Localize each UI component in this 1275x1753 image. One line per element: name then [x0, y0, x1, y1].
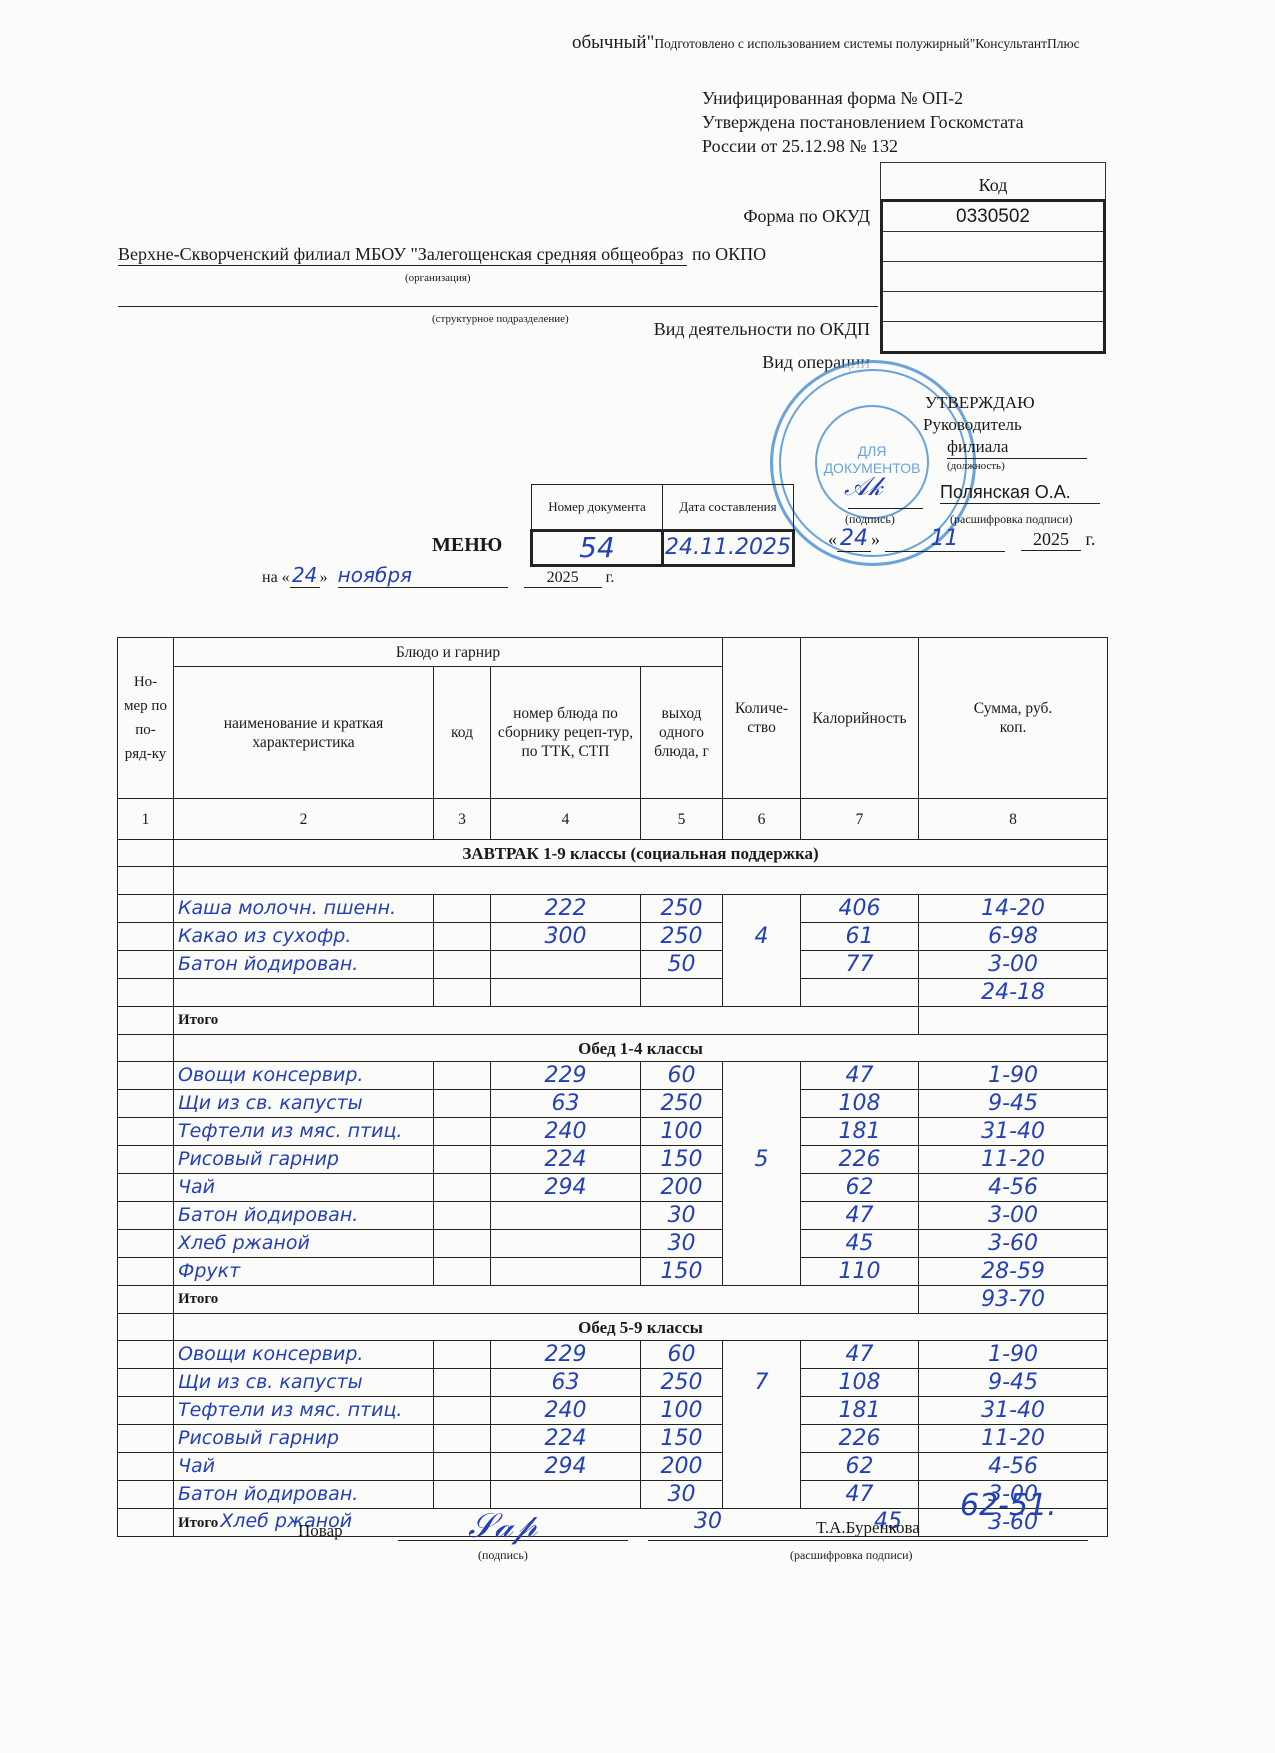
document-number-table: Номер документа Дата составления 54 24.1… — [530, 484, 795, 567]
dish-sum: 9-45 — [919, 1369, 1108, 1397]
col-number: 1 — [118, 799, 174, 840]
cook-signature-caption: (подпись) — [478, 1548, 528, 1563]
calories: 406 — [801, 895, 919, 923]
num-cell — [118, 1314, 174, 1341]
organization-line: Верхне-Скворченский филиал МБОУ "Залегощ… — [118, 244, 778, 266]
dish-yield: 100 — [641, 1118, 723, 1146]
recipe-number: 229 — [491, 1062, 641, 1090]
table-row: Батон йодирован.50773-00 — [118, 951, 1108, 979]
dish-name: Рисовый гарнир — [174, 1146, 434, 1174]
recipe-number: 63 — [491, 1090, 641, 1118]
dish-yield: 100 — [641, 1397, 723, 1425]
dish-name: Овощи консервир. — [174, 1062, 434, 1090]
recipe-number: 224 — [491, 1146, 641, 1174]
total-sum — [919, 1007, 1108, 1035]
organization-name: Верхне-Скворченский филиал МБОУ "Залегощ… — [118, 244, 687, 266]
total-row: Итого — [118, 1007, 1108, 1035]
quantity — [723, 1202, 801, 1230]
quantity — [723, 895, 801, 923]
section-title: Обед 1-4 классы — [174, 1035, 1108, 1062]
quantity — [723, 1118, 801, 1146]
recipe-number: 294 — [491, 1453, 641, 1481]
form-line: Утверждена постановлением Госкомстата — [702, 110, 1024, 134]
dish-name: Хлеб ржаной — [174, 1230, 434, 1258]
dish-code — [434, 1174, 491, 1202]
dish-name: Чай — [174, 1174, 434, 1202]
dish-code — [434, 1481, 491, 1509]
dish-code — [434, 1453, 491, 1481]
recipe-number — [491, 1230, 641, 1258]
menu-body: ЗАВТРАК 1-9 классы (социальная поддержка… — [118, 840, 1108, 1537]
num-cell — [118, 1090, 174, 1118]
approve-date: «24» 11 2025 г. — [828, 526, 1095, 552]
recipe-number: 294 — [491, 1174, 641, 1202]
dish-sum: 1-90 — [919, 1341, 1108, 1369]
calories: 77 — [801, 951, 919, 979]
dish-sum: 3-00 — [919, 1202, 1108, 1230]
num-cell — [118, 1341, 174, 1369]
cook-signature-line: 𝒮𝒶𝓅 — [398, 1540, 628, 1541]
num-cell — [118, 1230, 174, 1258]
dish-sum: 24-18 — [919, 979, 1108, 1007]
code-box: Код 0330502 — [880, 162, 1106, 354]
approve-block: УТВЕРЖДАЮ Руководитель филиала (должност… — [925, 392, 1087, 473]
section-row: Обед 5-9 классы — [118, 1314, 1108, 1341]
dish-name: Фрукт — [174, 1258, 434, 1286]
calories: 110 — [801, 1258, 919, 1286]
extra-code — [883, 262, 1103, 292]
num-cell — [118, 1202, 174, 1230]
calories: 108 — [801, 1090, 919, 1118]
quantity — [723, 1341, 801, 1369]
dish-code — [434, 979, 491, 1007]
dish-yield: 200 — [641, 1453, 723, 1481]
dish-code — [434, 1118, 491, 1146]
menu-year-suffix: г. — [606, 569, 615, 586]
menu-month: ноября — [338, 563, 508, 588]
dish-name — [174, 979, 434, 1007]
recipe-number — [491, 1202, 641, 1230]
col-head-code: код — [434, 667, 491, 799]
col-head-dish-group: Блюдо и гарнир — [174, 638, 723, 667]
recipe-number: 240 — [491, 1397, 641, 1425]
table-row: Хлеб ржаной30453-60 — [118, 1230, 1108, 1258]
on-prefix: на « — [262, 569, 290, 586]
calories — [801, 979, 919, 1007]
consultant-note: обычный"Подготовлено с использованием си… — [572, 32, 1080, 54]
recipe-number: 63 — [491, 1369, 641, 1397]
approve-name-caption: (расшифровка подписи) — [950, 512, 1073, 527]
calories: 62 — [801, 1174, 919, 1202]
calories: 47 — [801, 1062, 919, 1090]
quantity — [723, 1230, 801, 1258]
okud-label: Форма по ОКУД — [743, 206, 870, 227]
approve-position: Руководитель — [923, 414, 1087, 436]
menu-title: МЕНЮ — [432, 534, 502, 557]
okpo-label: по ОКПО — [692, 244, 766, 264]
num-cell — [118, 1174, 174, 1202]
dish-name: Тефтели из мяс. птиц. — [174, 1118, 434, 1146]
total-label-text: Итого — [178, 1012, 218, 1028]
dish-yield — [641, 979, 723, 1007]
dish-code — [434, 1425, 491, 1453]
section-title: Обед 5-9 классы — [174, 1314, 1108, 1341]
dish-sum: 31-40 — [919, 1118, 1108, 1146]
calories: 62 — [801, 1453, 919, 1481]
doc-number: 54 — [532, 531, 663, 566]
calories: 45 — [801, 1230, 919, 1258]
dish-sum: 31-40 — [919, 1397, 1108, 1425]
dish-name: Каша молочн. пшенн. — [174, 895, 434, 923]
table-row: Батон йодирован.30473-00 — [118, 1202, 1108, 1230]
col-number: 3 — [434, 799, 491, 840]
okdp-code — [883, 292, 1103, 322]
col-head-sum: Сумма, руб. коп. — [919, 638, 1108, 799]
num-cell — [118, 1062, 174, 1090]
okdp-label: Вид деятельности по ОКДП — [654, 319, 870, 340]
dish-sum: 1-90 — [919, 1062, 1108, 1090]
menu-date: на «24» ноября 2025 г. — [262, 563, 614, 588]
operation-code — [883, 322, 1103, 351]
dish-sum: 28-59 — [919, 1258, 1108, 1286]
doc-date: 24.11.2025 — [663, 531, 794, 566]
dish-sum: 3-00 — [919, 951, 1108, 979]
dish-sum: 9-45 — [919, 1090, 1108, 1118]
dish-code — [434, 1369, 491, 1397]
calories: 226 — [801, 1146, 919, 1174]
organization-caption: (организация) — [405, 272, 471, 284]
calories: 47 — [801, 1341, 919, 1369]
section-title: ЗАВТРАК 1-9 классы (социальная поддержка… — [174, 840, 1108, 867]
dish-name: Батон йодирован. — [174, 951, 434, 979]
dish-yield: 30 — [641, 1481, 723, 1509]
approve-day: 24 — [837, 526, 871, 552]
struct-line — [118, 306, 878, 307]
total-sum: 93-70 — [919, 1286, 1108, 1314]
calories: 226 — [801, 1425, 919, 1453]
col-head-name: наименование и краткая характеристика — [174, 667, 434, 799]
quantity — [723, 1425, 801, 1453]
quantity — [723, 1174, 801, 1202]
on-mid: » — [320, 569, 328, 586]
quantity: 7 — [723, 1369, 801, 1397]
doc-number-head: Номер документа — [532, 485, 663, 531]
num-cell — [118, 1369, 174, 1397]
col-head-qty: Количе-ство — [723, 638, 801, 799]
recipe-number: 222 — [491, 895, 641, 923]
quantity: 5 — [723, 1146, 801, 1174]
col-head-recipe: номер блюда по сборнику рецеп-тур, по ТТ… — [491, 667, 641, 799]
table-row: Чай294200624-56 — [118, 1453, 1108, 1481]
col-number: 4 — [491, 799, 641, 840]
menu-table: Но-мер по по-ряд-ку Блюдо и гарнир Колич… — [117, 637, 1108, 1537]
dish-name: Чай — [174, 1453, 434, 1481]
year-suffix: г. — [1086, 529, 1096, 549]
total-label-text: Итого — [178, 1291, 218, 1307]
total-label: Итого — [174, 1007, 919, 1035]
num-cell — [118, 1286, 174, 1314]
calories: 47 — [801, 1481, 919, 1509]
dish-code — [434, 895, 491, 923]
dish-sum: 14-20 — [919, 895, 1108, 923]
num-cell — [118, 1509, 174, 1537]
recipe-number — [491, 951, 641, 979]
dish-sum: 6-98 — [919, 923, 1108, 951]
dish-name: Рисовый гарнир — [174, 1425, 434, 1453]
section-row: Обед 1-4 классы — [118, 1035, 1108, 1062]
approve-title: УТВЕРЖДАЮ — [925, 392, 1087, 414]
dish-yield: 250 — [641, 1369, 723, 1397]
table-row: Тефтели из мяс. птиц.24010018131-40 — [118, 1397, 1108, 1425]
dish-sum: 4-56 — [919, 1174, 1108, 1202]
okud-code: 0330502 — [883, 202, 1103, 232]
dish-yield: 60 — [641, 1062, 723, 1090]
total-row: Итого93-70 — [118, 1286, 1108, 1314]
table-row: Щи из св. капусты6325071089-45 — [118, 1369, 1108, 1397]
form-line: Унифицированная форма № ОП-2 — [702, 86, 1024, 110]
col-number: 5 — [641, 799, 723, 840]
col-number: 7 — [801, 799, 919, 840]
dish-code — [434, 1146, 491, 1174]
recipe-number: 240 — [491, 1118, 641, 1146]
table-row: Рисовый гарнир22415022611-20 — [118, 1425, 1108, 1453]
num-cell — [118, 840, 174, 867]
blank-cell — [174, 867, 1108, 895]
dish-name: Щи из св. капусты — [174, 1369, 434, 1397]
dish-name: Тефтели из мяс. птиц. — [174, 1397, 434, 1425]
note-text: Подготовлено с использованием системы по… — [654, 36, 1079, 51]
approve-year: 2025 — [1021, 529, 1081, 551]
quantity — [723, 1258, 801, 1286]
calories: 181 — [801, 1397, 919, 1425]
quantity — [723, 979, 801, 1007]
approve-signature-line: 𝒜𝓀 — [848, 486, 923, 509]
recipe-number — [491, 1481, 641, 1509]
code-head: Код — [880, 162, 1106, 199]
approve-month: 11 — [885, 526, 1005, 552]
note-prefix: обычный" — [572, 32, 654, 53]
dish-sum: 4-56 — [919, 1453, 1108, 1481]
dish-yield: 30 — [641, 1202, 723, 1230]
dish-name: Какао из сухофр. — [174, 923, 434, 951]
table-row: Тефтели из мяс. птиц.24010018131-40 — [118, 1118, 1108, 1146]
dish-code — [434, 1341, 491, 1369]
quantity — [723, 1481, 801, 1509]
dish-yield: 250 — [641, 1090, 723, 1118]
dish-yield: 150 — [641, 1146, 723, 1174]
menu-year: 2025 — [524, 569, 602, 588]
dish-yield: 150 — [641, 1425, 723, 1453]
table-row: Фрукт15011028-59 — [118, 1258, 1108, 1286]
dish-yield: 250 — [641, 895, 723, 923]
col-head-cal: Калорийность — [801, 638, 919, 799]
table-row: Овощи консервир.22960471-90 — [118, 1062, 1108, 1090]
struct-caption: (структурное подразделение) — [432, 313, 569, 325]
dish-sum: 3-60 — [919, 1230, 1108, 1258]
quantity — [723, 1397, 801, 1425]
num-cell — [118, 1481, 174, 1509]
cook-name: Т.А.Буренкова — [648, 1518, 1088, 1541]
table-row: Какао из сухофр.3002504616-98 — [118, 923, 1108, 951]
dish-yield: 150 — [641, 1258, 723, 1286]
num-cell — [118, 1425, 174, 1453]
table-row: Чай294200624-56 — [118, 1174, 1108, 1202]
menu-day: 24 — [290, 563, 320, 588]
cook-name-caption: (расшифровка подписи) — [790, 1548, 913, 1563]
num-cell — [118, 1146, 174, 1174]
dish-code — [434, 1090, 491, 1118]
recipe-number — [491, 1258, 641, 1286]
dish-name: Батон йодирован. — [174, 1481, 434, 1509]
num-cell — [118, 951, 174, 979]
recipe-number: 224 — [491, 1425, 641, 1453]
dish-yield: 50 — [641, 951, 723, 979]
col-number: 6 — [723, 799, 801, 840]
recipe-number: 229 — [491, 1341, 641, 1369]
num-cell — [118, 1118, 174, 1146]
doc-date-head: Дата составления — [663, 485, 794, 531]
dish-yield: 60 — [641, 1341, 723, 1369]
table-row: Каша молочн. пшенн.22225040614-20 — [118, 895, 1108, 923]
spacer-row — [118, 867, 1108, 895]
table-row: Овощи консервир.22960471-90 — [118, 1341, 1108, 1369]
num-cell — [118, 1453, 174, 1481]
calories: 47 — [801, 1202, 919, 1230]
dish-name: Овощи консервир. — [174, 1341, 434, 1369]
table-row: 24-18 — [118, 979, 1108, 1007]
dish-name: Батон йодирован. — [174, 1202, 434, 1230]
section-row: ЗАВТРАК 1-9 классы (социальная поддержка… — [118, 840, 1108, 867]
approve-signature-caption: (подпись) — [845, 512, 895, 527]
dish-code — [434, 1202, 491, 1230]
total-label: Итого — [174, 1286, 919, 1314]
num-cell — [118, 895, 174, 923]
table-row: Рисовый гарнир224150522611-20 — [118, 1146, 1108, 1174]
total-label-text: Итого — [178, 1515, 218, 1531]
dish-sum: 11-20 — [919, 1425, 1108, 1453]
quantity — [723, 1090, 801, 1118]
calories: 61 — [801, 923, 919, 951]
approve-name: Полянская О.А. — [940, 482, 1100, 504]
calories: 108 — [801, 1369, 919, 1397]
num-cell — [118, 979, 174, 1007]
dish-yield: 30 — [641, 1230, 723, 1258]
quantity — [723, 1453, 801, 1481]
recipe-number: 300 — [491, 923, 641, 951]
col-head-yield: выход одного блюда, г — [641, 667, 723, 799]
dish-yield: 250 — [641, 923, 723, 951]
dish-code — [434, 1258, 491, 1286]
dish-code — [434, 923, 491, 951]
position-caption: (должность) — [947, 459, 1087, 473]
num-cell — [118, 1258, 174, 1286]
quantity — [723, 1062, 801, 1090]
quantity — [723, 951, 801, 979]
cook-role: Повар — [298, 1521, 343, 1541]
form-line: России от 25.12.98 № 132 — [702, 134, 1024, 158]
approve-name-text: Полянская О.А. — [940, 482, 1071, 502]
dish-code — [434, 951, 491, 979]
dish-code — [434, 1397, 491, 1425]
dish-sum: 11-20 — [919, 1146, 1108, 1174]
num-cell — [118, 1397, 174, 1425]
num-cell — [118, 867, 174, 895]
num-cell — [118, 1035, 174, 1062]
dish-code — [434, 1062, 491, 1090]
col-head-num: Но-мер по по-ряд-ку — [118, 638, 174, 799]
approve-position: филиала — [947, 436, 1087, 459]
dish-yield: 200 — [641, 1174, 723, 1202]
col-number: 8 — [919, 799, 1108, 840]
recipe-number — [491, 979, 641, 1007]
num-cell — [118, 1007, 174, 1035]
col-number: 2 — [174, 799, 434, 840]
okpo-code — [883, 232, 1103, 262]
table-row: Щи из св. капусты632501089-45 — [118, 1090, 1108, 1118]
calories: 181 — [801, 1118, 919, 1146]
form-header: Унифицированная форма № ОП-2 Утверждена … — [702, 86, 1024, 158]
num-cell — [118, 923, 174, 951]
dish-code — [434, 1230, 491, 1258]
quantity: 4 — [723, 923, 801, 951]
dish-name: Щи из св. капусты — [174, 1090, 434, 1118]
